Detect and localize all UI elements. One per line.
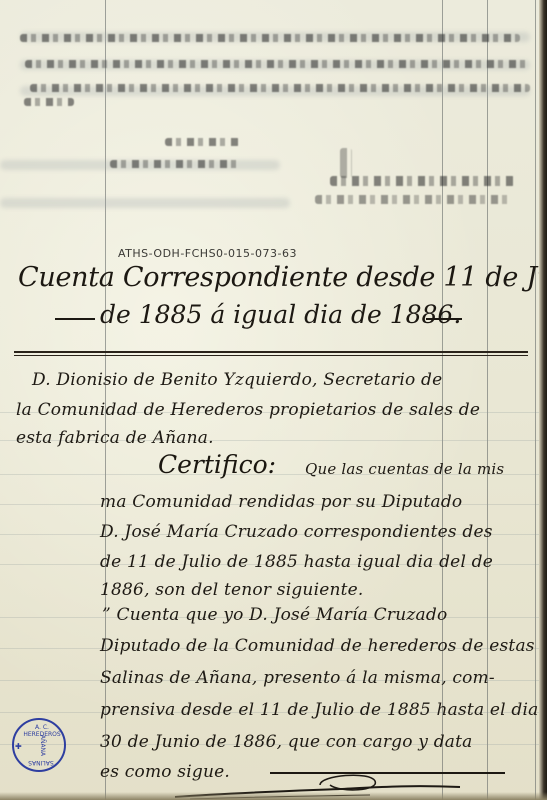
paragraph-2-line-3: D. José María Cruzado correspondientes d…	[100, 522, 493, 542]
stamp-text-middle: AÑANA	[39, 735, 46, 756]
paragraph-1-line-2: la Comunidad de Herederos propietarios d…	[16, 400, 480, 420]
document-page: ATHS-ODH-FCHS0-015-073-63 Cuenta Corresp…	[0, 0, 547, 800]
bleed-through-line	[315, 195, 510, 204]
paragraph-2-line-4: de 11 de Julio de 1885 hasta igual dia d…	[100, 552, 493, 572]
bleed-through-line	[110, 160, 240, 168]
cross-icon: ✚	[15, 742, 22, 751]
bleed-through-line	[24, 98, 74, 106]
paragraph-3-line-4: prensiva desde el 11 de Julio de 1885 ha…	[100, 700, 538, 720]
paragraph-3-line-3: Salinas de Añana, presento á la misma, c…	[100, 668, 495, 688]
page-edge-bottom	[0, 792, 547, 800]
bleed-through-line	[340, 148, 352, 178]
title-dash-right	[426, 318, 462, 320]
paragraph-3-line-1: ” Cuenta que yo D. José María Cruzado	[102, 605, 447, 625]
bleed-through-line	[30, 84, 530, 92]
double-rule-divider	[14, 351, 528, 356]
paragraph-3-line-5: 30 de Junio de 1886, que con cargo y dat…	[100, 732, 473, 752]
bleed-through-line	[25, 60, 530, 68]
bleed-through-line	[20, 34, 520, 42]
archive-stamp: A. C. HEREDEROS AÑANA SALINAS ✚	[12, 718, 66, 772]
paragraph-3-line-2: Diputado de la Comunidad de herederos de…	[100, 636, 535, 656]
certifico-heading: Certifico:	[158, 450, 276, 479]
title-line-1: Cuenta Correspondiente desde 11 de Julio	[18, 262, 547, 293]
paragraph-2-line-1: Que las cuentas de la mis	[305, 460, 504, 478]
title-line-2: de 1885 á igual dia de 1886.	[100, 300, 461, 329]
paragraph-1-line-1: D. Dionisio de Benito Yzquierdo, Secreta…	[32, 370, 442, 390]
paragraph-1-line-3: esta fabrica de Añana.	[16, 428, 214, 448]
paragraph-2-line-5: 1886, son del tenor siguiente.	[100, 580, 364, 600]
page-edge-right	[539, 0, 547, 800]
paragraph-2-line-2: ma Comunidad rendidas por su Diputado	[100, 492, 462, 512]
bleed-through-line	[330, 176, 515, 186]
bleed-through-shadow	[0, 198, 290, 208]
reference-code: ATHS-ODH-FCHS0-015-073-63	[118, 247, 297, 260]
title-dash-left	[55, 318, 95, 320]
bleed-through-line	[165, 138, 240, 146]
stamp-text-bottom: SALINAS	[22, 759, 60, 766]
